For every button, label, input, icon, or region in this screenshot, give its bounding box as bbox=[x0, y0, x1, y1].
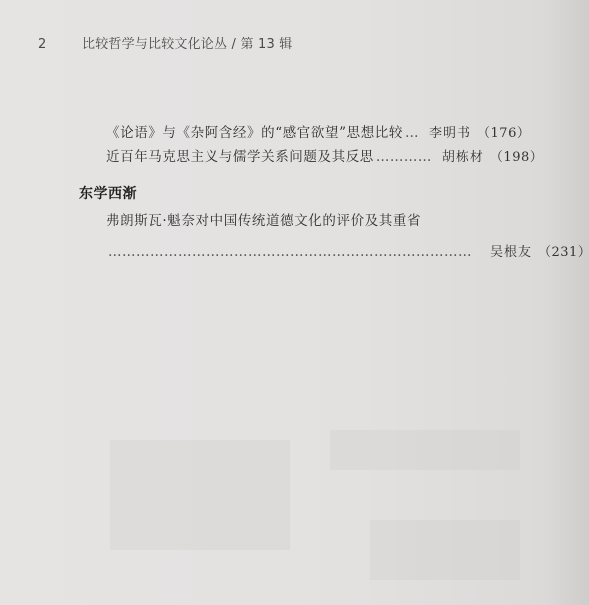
section-heading: 东学西渐 bbox=[79, 183, 137, 203]
book-page: 2 比较哲学与比较文化论丛 / 第 13 辑 《论语》与《杂阿含经》的“感官欲望… bbox=[0, 0, 589, 605]
paper-bleed-through bbox=[370, 520, 520, 580]
toc-entry[interactable]: 《论语》与《杂阿含经》的“感官欲望”思想比较 … 李明书 （176） bbox=[106, 121, 530, 141]
paper-bleed-through bbox=[330, 430, 520, 470]
toc-entry-continuation[interactable]: …………………………………………………………………… 吴根友 （231） bbox=[106, 241, 589, 260]
toc-entry-page: （231） bbox=[538, 241, 589, 260]
toc-entry-page: （198） bbox=[490, 146, 543, 165]
toc-entry-author: 李明书 bbox=[429, 122, 471, 141]
page-number: 2 bbox=[38, 37, 82, 52]
toc-entry-title: 近百年马克思主义与儒学关系问题及其反思 bbox=[106, 145, 374, 165]
toc-entry-title: 《论语》与《杂阿含经》的“感官欲望”思想比较 bbox=[106, 121, 403, 141]
toc-entry[interactable]: 近百年马克思主义与儒学关系问题及其反思 ………… 胡栋材 （198） bbox=[106, 145, 543, 165]
dot-leader: … bbox=[405, 125, 419, 141]
dot-leader: ………… bbox=[376, 149, 432, 165]
dot-leader: …………………………………………………………………… bbox=[108, 244, 480, 260]
toc-entry-author: 吴根友 bbox=[490, 241, 532, 260]
toc-entry-page: （176） bbox=[477, 122, 530, 141]
paper-bleed-through bbox=[110, 440, 290, 550]
toc-entry-author: 胡栋材 bbox=[442, 146, 484, 165]
toc-entry-title[interactable]: 弗朗斯瓦·魁奈对中国传统道德文化的评价及其重省 bbox=[106, 209, 421, 229]
running-header: 2 比较哲学与比较文化论丛 / 第 13 辑 bbox=[38, 33, 292, 52]
series-title: 比较哲学与比较文化论丛 / 第 13 辑 bbox=[82, 33, 292, 52]
